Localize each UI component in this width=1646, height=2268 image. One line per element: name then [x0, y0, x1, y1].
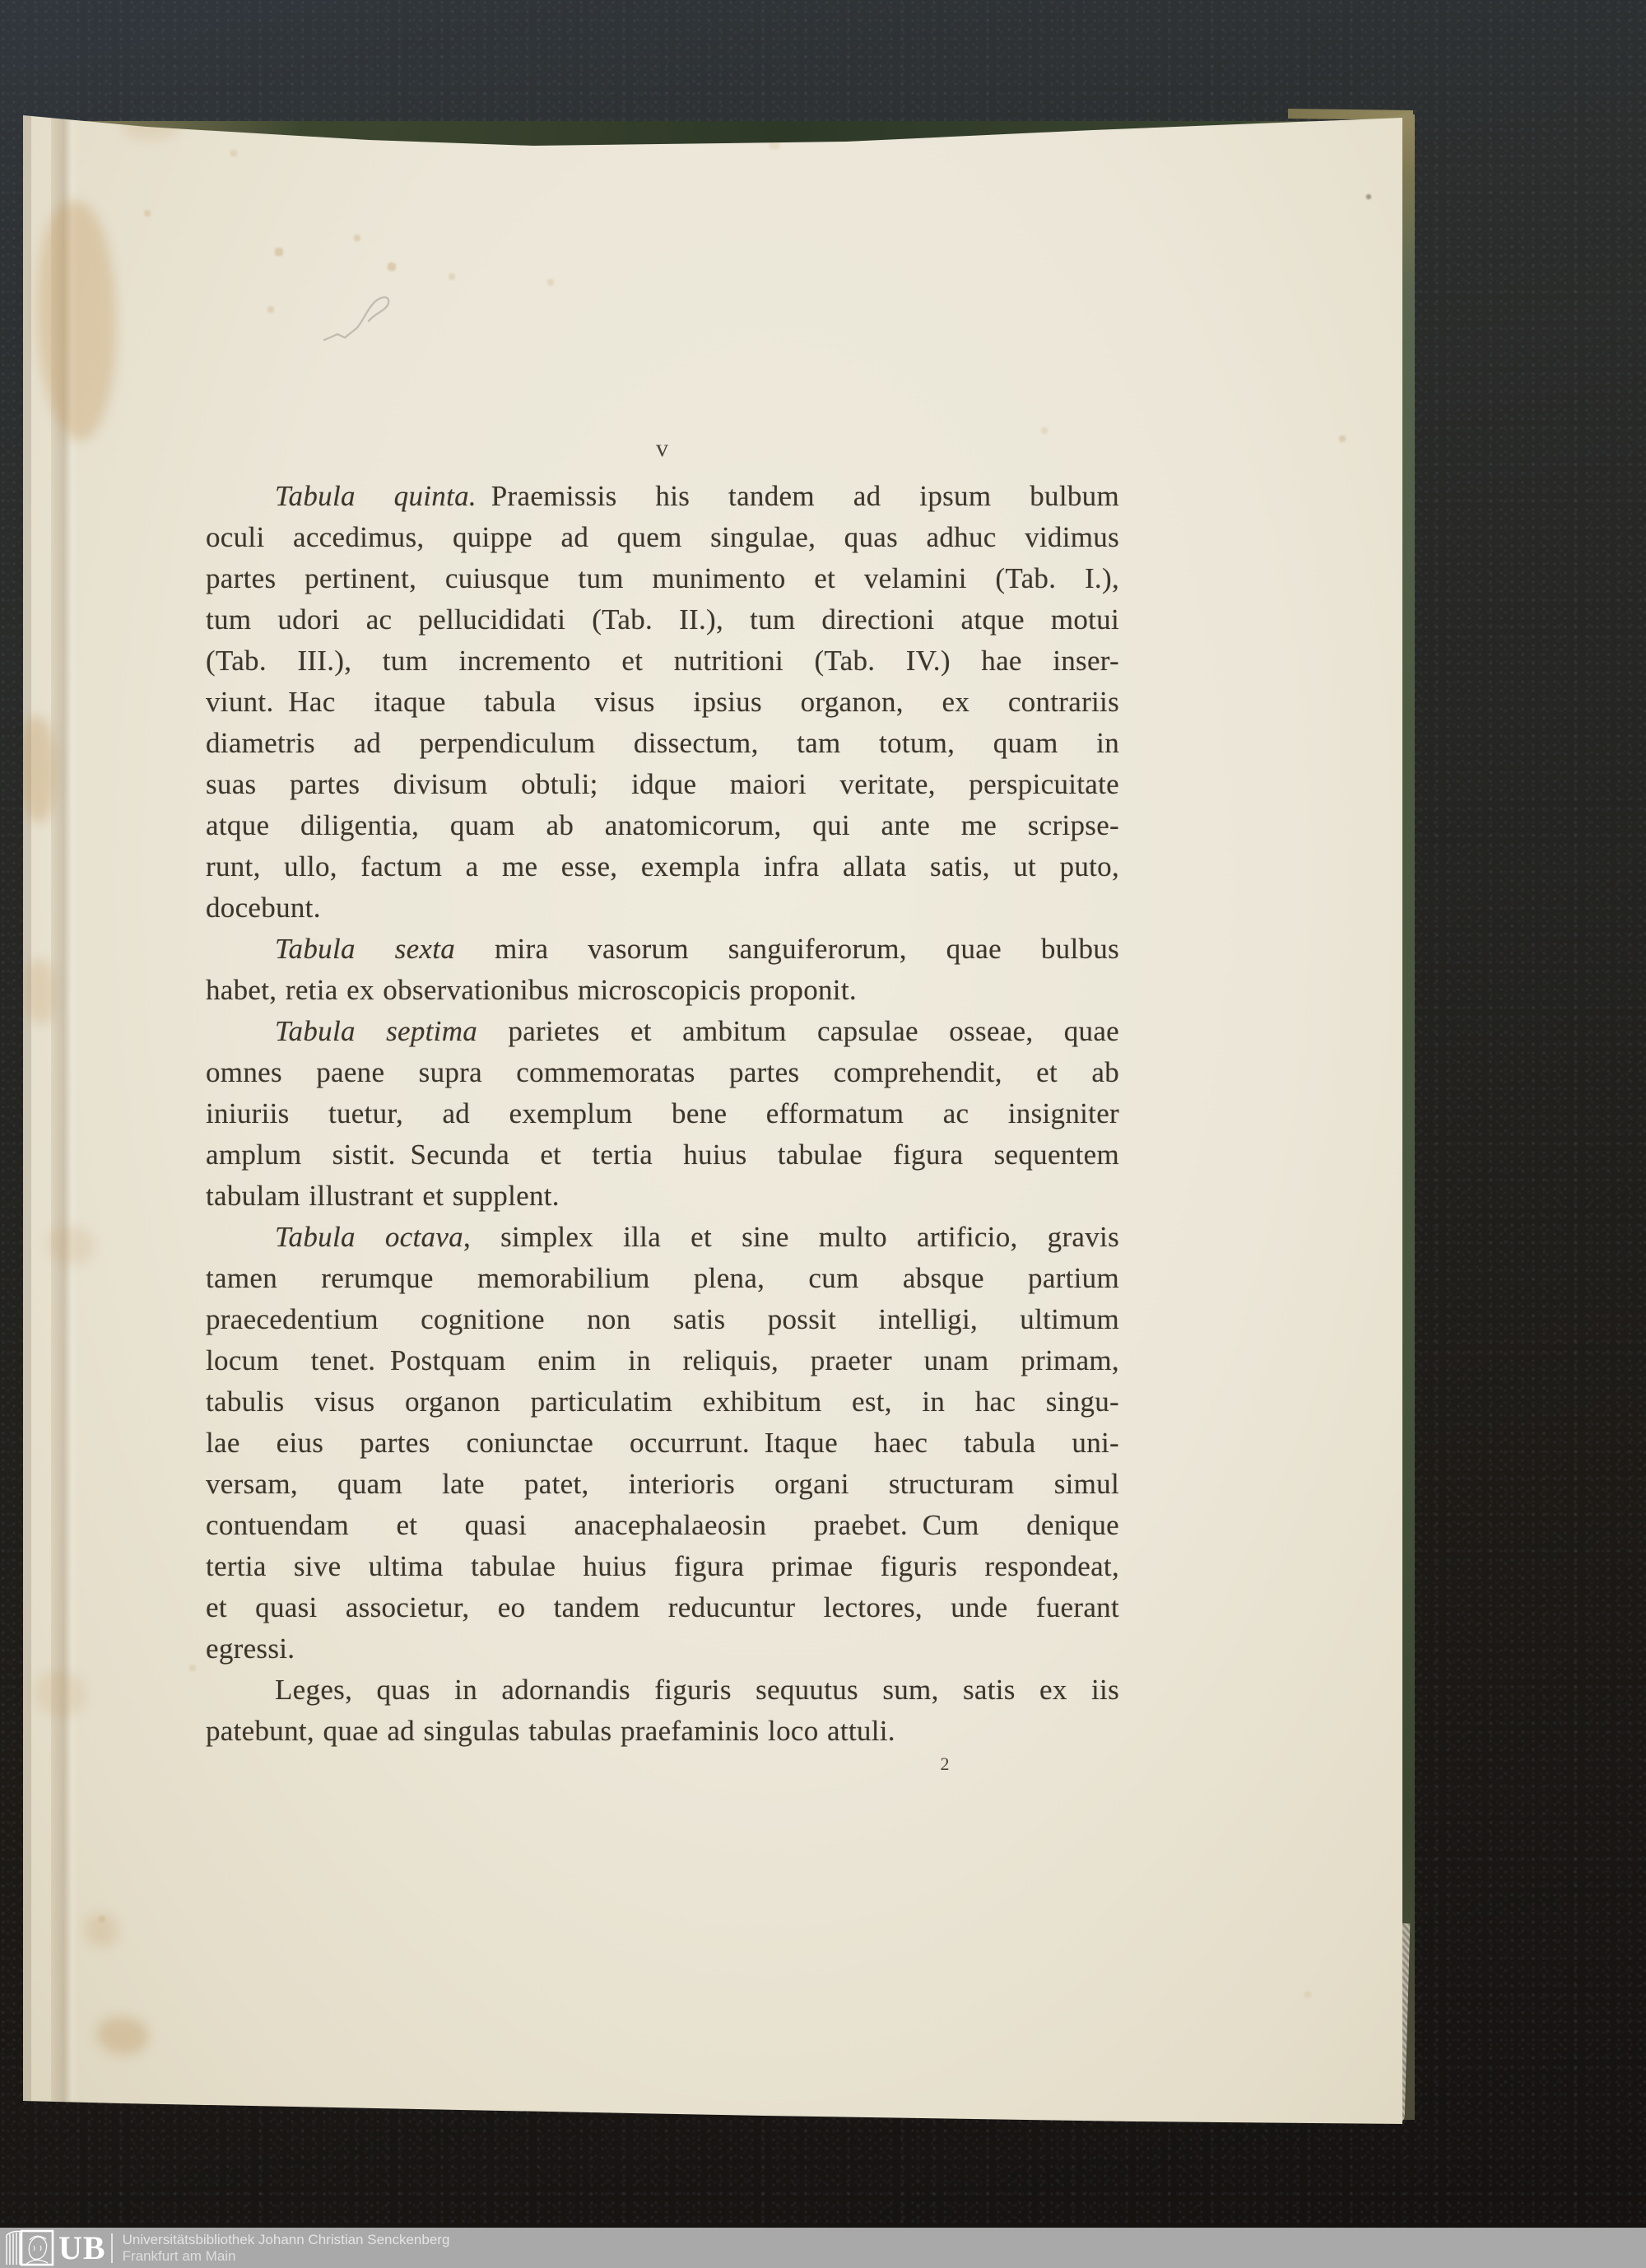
text-line: diametris ad perpendiculum dissectum, ta…: [206, 723, 1119, 764]
text-line: locum tenet. Postquam enim in reliquis, …: [206, 1340, 1119, 1381]
text-line: egressi.: [206, 1628, 1119, 1670]
ub-logo: UB: [4, 2228, 113, 2267]
text-line: atque diligentia, quam ab anatomicorum, …: [206, 805, 1119, 846]
tabula-lead: Tabula sexta: [275, 933, 455, 965]
gutter-shadow: [23, 107, 31, 2131]
text-line: Leges, quas in adornandis figuris sequut…: [206, 1670, 1119, 1711]
text-line: Tabula octava, simplex illa et sine mult…: [206, 1217, 1119, 1258]
text-line: tabulis visus organon particulatim exhib…: [206, 1381, 1119, 1423]
paragraph: Tabula sexta mira vasorum sanguiferorum,…: [206, 929, 1119, 1011]
text-line: iniuriis tuetur, ad exemplum bene efform…: [206, 1093, 1119, 1134]
footer-divider: [111, 2233, 113, 2263]
paragraph: Leges, quas in adornandis figuris sequut…: [206, 1670, 1119, 1752]
library-name: Universitätsbibliothek Johann Christian …: [123, 2232, 450, 2248]
text-line: suas partes divisum obtuli; idque maiori…: [206, 764, 1119, 805]
text-line: contuendam et quasi anacephalaeosin prae…: [206, 1505, 1119, 1546]
text-line: et quasi associetur, eo tandem reducuntu…: [206, 1587, 1119, 1628]
text-line: tum udori ac pellucididati (Tab. II.), t…: [206, 599, 1119, 640]
text-line: partes pertinent, cuiusque tum munimento…: [206, 558, 1119, 599]
tabula-lead: Tabula septima: [275, 1015, 477, 1047]
text-line: Tabula septima parietes et ambitum capsu…: [206, 1011, 1119, 1052]
book-page: v Tabula quinta. Praemissis his tandem a…: [23, 107, 1402, 2131]
foxing-stain: [18, 716, 56, 823]
ub-logo-text: UB: [58, 2228, 106, 2267]
text-line: tertia sive ultima tabulae huius figura …: [206, 1546, 1119, 1587]
foxing-stain: [38, 202, 116, 440]
text-line: runt, ullo, factum a me esse, exempla in…: [206, 846, 1119, 887]
foxing-stain: [97, 2017, 148, 2055]
text-line: tabulam illustrant et supplent.: [206, 1176, 1119, 1217]
text-line: amplum sistit. Secunda et tertia huius t…: [206, 1134, 1119, 1176]
text-line: lae eius partes coniunctae occurrunt. It…: [206, 1423, 1119, 1464]
ub-library-logo-icon: [4, 2229, 55, 2266]
text-line: (Tab. III.), tum incremento et nutrition…: [206, 640, 1119, 682]
text-line: omnes paene supra commemoratas partes co…: [206, 1052, 1119, 1093]
text-line: habet, retia ex observationibus microsco…: [206, 970, 1119, 1011]
paragraph: Tabula septima parietes et ambitum capsu…: [206, 1011, 1119, 1217]
paragraph: Tabula octava, simplex illa et sine mult…: [206, 1217, 1119, 1670]
text-block: Tabula quinta. Praemissis his tandem ad …: [206, 476, 1119, 1752]
text-line: patebunt, quae ad singulas tabulas praef…: [206, 1711, 1119, 1752]
library-city: Frankfurt am Main: [123, 2248, 450, 2265]
tabula-lead: Tabula quinta.: [275, 480, 477, 512]
text-line: versam, quam late patet, interioris orga…: [206, 1464, 1119, 1505]
text-line: praecedentium cognitione non satis possi…: [206, 1299, 1119, 1340]
text-line: tamen rerumque memorabilium plena, cum a…: [206, 1258, 1119, 1299]
pencil-mark: [313, 259, 403, 350]
text-line: viunt. Hac itaque tabula visus ipsius or…: [206, 682, 1119, 723]
text-line: Tabula quinta. Praemissis his tandem ad …: [206, 476, 1119, 517]
footer-text: Universitätsbibliothek Johann Christian …: [123, 2232, 450, 2265]
footer-bar: UB Universitätsbibliothek Johann Christi…: [0, 2228, 1646, 2268]
foxing-stain: [35, 1671, 85, 1716]
text-line: docebunt.: [206, 887, 1119, 929]
foxing-stain: [23, 959, 56, 1025]
text-line: Tabula sexta mira vasorum sanguiferorum,…: [206, 929, 1119, 970]
page-number: v: [206, 435, 1119, 463]
signature-mark: 2: [912, 1753, 978, 1775]
foxing-stain: [85, 1914, 118, 1947]
tabula-lead: Tabula octava: [275, 1221, 463, 1253]
paragraph: Tabula quinta. Praemissis his tandem ad …: [206, 476, 1119, 929]
text-line: oculi accedimus, quippe ad quem singulae…: [206, 517, 1119, 558]
